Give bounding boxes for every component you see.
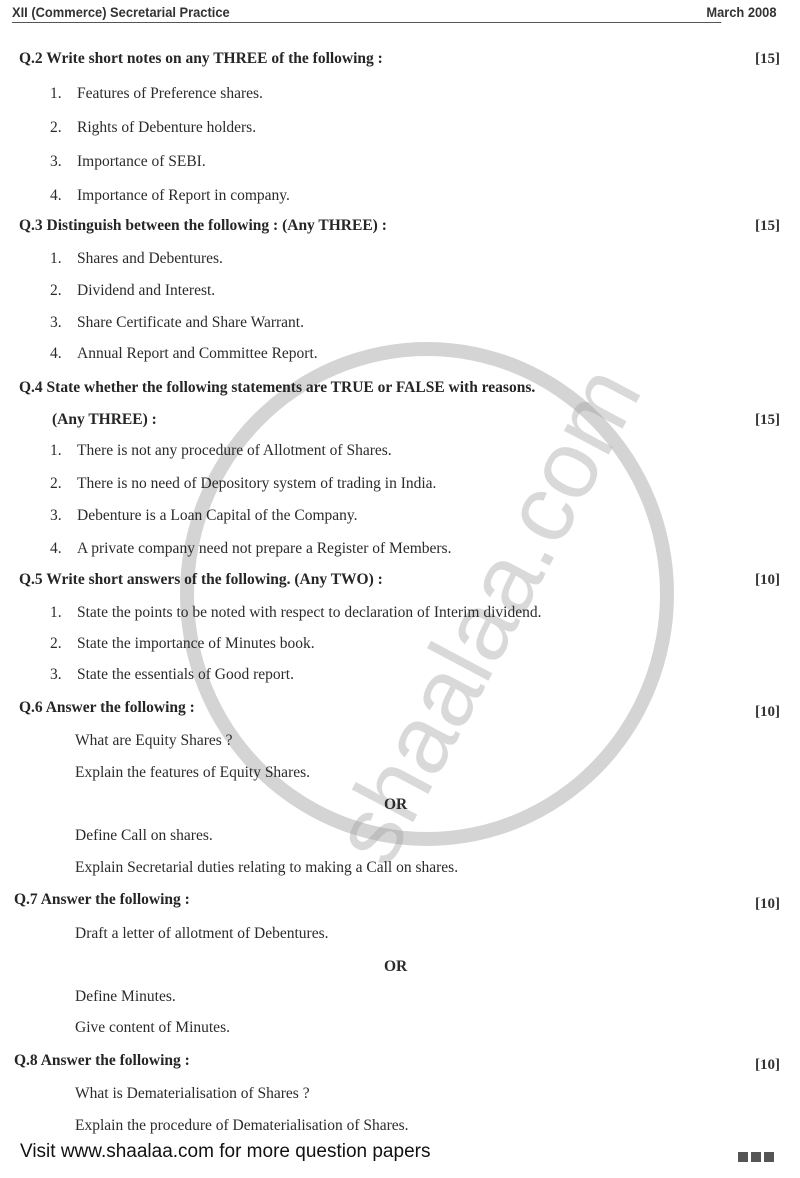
question-line: What are Equity Shares ?	[75, 732, 233, 750]
question-line: Draft a letter of allotment of Debenture…	[75, 925, 329, 943]
end-square-icon	[751, 1152, 761, 1162]
question-line: Define Call on shares.	[75, 827, 213, 845]
list-item: 1.Features of Preference shares.	[50, 85, 263, 103]
question-line: Explain the procedure of Dematerialisati…	[75, 1117, 409, 1135]
list-item: 2.State the importance of Minutes book.	[50, 635, 315, 653]
question-heading: Q.2 Write short notes on any THREE of th…	[19, 50, 383, 68]
question-line: What is Dematerialisation of Shares ?	[75, 1085, 310, 1103]
footer-link-text: Visit www.shaalaa.com for more question …	[20, 1141, 430, 1163]
list-item: 1.State the points to be noted with resp…	[50, 604, 541, 622]
question-heading: Q.3 Distinguish between the following : …	[19, 217, 387, 235]
question-marks: [15]	[755, 51, 780, 68]
question-heading: Q.4 State whether the following statemen…	[19, 379, 535, 397]
list-item: 3.State the essentials of Good report.	[50, 666, 294, 684]
question-line: Explain the features of Equity Shares.	[75, 764, 310, 782]
question-line: Explain Secretarial duties relating to m…	[75, 859, 458, 877]
or-separator: OR	[384, 796, 407, 814]
end-of-paper-mark	[738, 1152, 774, 1162]
question-marks: [10]	[755, 1057, 780, 1074]
question-line: Give content of Minutes.	[75, 1019, 230, 1037]
question-heading: Q.8 Answer the following :	[14, 1052, 190, 1070]
question-marks: [10]	[755, 704, 780, 721]
list-item: 4.Importance of Report in company.	[50, 187, 290, 205]
or-separator: OR	[384, 958, 407, 976]
end-square-icon	[764, 1152, 774, 1162]
end-square-icon	[738, 1152, 748, 1162]
list-item: 1.Shares and Debentures.	[50, 250, 223, 268]
page-header: XII (Commerce) Secretarial Practice Marc…	[12, 2, 721, 23]
question-heading: Q.7 Answer the following :	[14, 891, 190, 909]
question-marks: [15]	[755, 218, 780, 235]
paper-title: XII (Commerce) Secretarial Practice	[12, 4, 230, 20]
list-item: 1.There is not any procedure of Allotmen…	[50, 442, 392, 460]
list-item: 3.Debenture is a Loan Capital of the Com…	[50, 507, 358, 525]
question-marks: [10]	[755, 572, 780, 589]
list-item: 4.A private company need not prepare a R…	[50, 540, 451, 558]
list-item: 4.Annual Report and Committee Report.	[50, 345, 318, 363]
list-item: 2.Rights of Debenture holders.	[50, 119, 256, 137]
question-marks: [10]	[755, 896, 780, 913]
paper-date: March 2008	[706, 4, 776, 20]
list-item: 3.Share Certificate and Share Warrant.	[50, 314, 304, 332]
list-item: 2.Dividend and Interest.	[50, 282, 215, 300]
question-heading: Q.5 Write short answers of the following…	[19, 571, 383, 589]
question-heading: Q.6 Answer the following :	[19, 699, 195, 717]
question-marks: [15]	[755, 412, 780, 429]
list-item: 3.Importance of SEBI.	[50, 153, 206, 171]
question-line: Define Minutes.	[75, 988, 176, 1006]
question-subheading: (Any THREE) :	[52, 411, 157, 429]
list-item: 2.There is no need of Depository system …	[50, 475, 436, 493]
